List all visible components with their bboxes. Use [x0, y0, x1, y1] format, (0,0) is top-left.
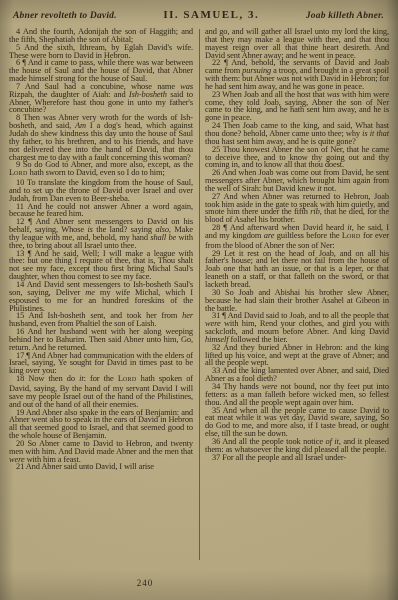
verse: 34 Thy hands were not bound, nor thy fee…	[205, 383, 389, 407]
verse: 29 Let it rest on the head of Joab, and …	[205, 250, 389, 289]
column-divider	[199, 29, 200, 560]
verse: 6 ¶ And it came to pass, while there was…	[9, 59, 193, 83]
running-head: Abner revolteth to David. II. SAMUEL, 3.…	[0, 0, 398, 21]
verse: 13 ¶ And he said, Well; I will make a le…	[9, 250, 193, 281]
verse: 11 And he could not answer Abner a word …	[9, 203, 193, 219]
verse: 21 And Abner said unto David, I will ari…	[9, 463, 193, 471]
verse: 10 To translate the kingdom from the hou…	[9, 179, 193, 203]
verse: 4 And the fourth, Adonijah the son of Ha…	[9, 28, 193, 44]
verse: 7 And Saul had a concubine, whose name w…	[9, 83, 193, 114]
verse: 28 ¶ And afterward when David heard it, …	[205, 224, 389, 250]
page-number: 240	[0, 578, 290, 588]
verse: 30 So Joab and Abishai his brother slew …	[205, 289, 389, 313]
verse-continuation: and go, and will gather all Israel unto …	[205, 28, 389, 59]
running-head-right: Joab killeth Abner.	[306, 11, 384, 21]
verse: 32 And they buried Abner in Hebron: and …	[205, 344, 389, 368]
verse: 15 And Ish-bosheth sent, and took her fr…	[9, 312, 193, 328]
verse: 36 And all the people took notice of it,…	[205, 438, 389, 454]
verse: 8 Then was Abner very wroth for the word…	[9, 114, 193, 161]
verse: 22 ¶ And, behold, the servants of David …	[205, 59, 389, 90]
verse: 17 ¶ And Abner had communication with th…	[9, 352, 193, 376]
verse: 37 For all the people and all Israel und…	[205, 454, 389, 462]
verse: 23 When Joab and all the host that was w…	[205, 91, 389, 122]
chapter-heading: II. SAMUEL, 3.	[163, 9, 259, 21]
bible-page: Abner revolteth to David. II. SAMUEL, 3.…	[0, 0, 398, 600]
verse: 26 And when Joab was come out from David…	[205, 169, 389, 193]
verse: 12 ¶ And Abner sent messengers to David …	[9, 218, 193, 249]
text-columns: 4 And the fourth, Adonijah the son of Ha…	[0, 21, 398, 568]
verse: 27 And when Abner was returned to Hebron…	[205, 193, 389, 224]
verse: 24 Then Joab came to the king, and said,…	[205, 122, 389, 146]
verse: 14 And David sent messengers to Ish-bosh…	[9, 281, 193, 312]
verse: 19 And Abner also spake in the ears of B…	[9, 409, 193, 440]
verse: 18 Now then do it: for the LORD hath spo…	[9, 375, 193, 408]
verse: 5 And the sixth, Ithream, by Eglah David…	[9, 44, 193, 60]
verse: 20 So Abner came to David to Hebron, and…	[9, 440, 193, 464]
verse: 35 And when all the people came to cause…	[205, 407, 389, 438]
left-column: 4 And the fourth, Adonijah the son of Ha…	[9, 28, 193, 568]
right-column: and go, and will gather all Israel unto …	[205, 28, 389, 568]
verse: 31 ¶ And David said to Joab, and to all …	[205, 312, 389, 343]
running-head-left: Abner revolteth to David.	[13, 11, 117, 21]
verse: 16 And her husband went with her along w…	[9, 328, 193, 352]
verse: 25 Thou knowest Abner the son of Ner, th…	[205, 146, 389, 170]
verse: 33 And the king lamented over Abner, and…	[205, 367, 389, 383]
verse: 9 So do God to Abner, and more also, exc…	[9, 161, 193, 179]
